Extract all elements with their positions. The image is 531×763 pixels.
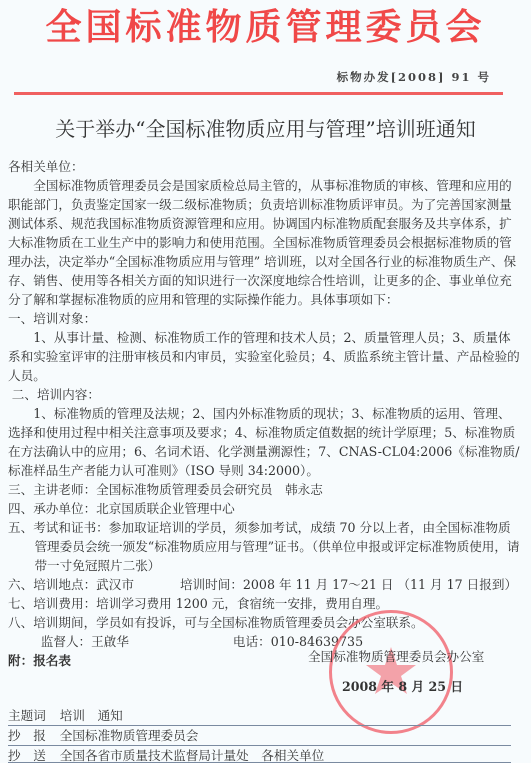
section-2-content: 1、标准物质的管理及法规；2、国内外标准物质的现状；3、标准物质的运用、管理、选…: [8, 404, 520, 480]
copy-to: 全国各省市质量技术监督局计量处 各相关单位: [60, 748, 324, 763]
document-footer: 主题词培训 通知 抄 报全国标准物质管理委员会 抄 送全国各省市质量技术监督局计…: [8, 706, 511, 763]
section-6-location-time: 六、培训地点：武汉市培训时间：2008 年 11 月 17～21 日 （11 月…: [8, 575, 520, 594]
keywords-label: 主题词: [8, 708, 46, 723]
masthead-title: 全国标准物质管理委员会: [0, 6, 531, 50]
report-label: 抄 报: [8, 728, 46, 743]
section-6-time: 培训时间：2008 年 11 月 17～21 日 （11 月 17 日报到）: [180, 577, 517, 592]
keywords: 培训 通知: [60, 708, 123, 723]
intro-paragraph: 全国标准物质管理委员会是国家质检总局主管的，从事标准物质的审核、管理和应用的职能…: [8, 176, 520, 309]
red-divider: [14, 92, 503, 95]
section-4-organizer: 四、承办单位：北京国质联企业管理中心: [8, 499, 520, 518]
signature-organization: 全国标准物质管理委员会办公室: [308, 646, 484, 665]
salutation: 各相关单位：: [8, 157, 520, 176]
section-2-heading: 二、培训内容：: [8, 385, 520, 404]
section-3-lecturer: 三、主讲老师：全国标准物质管理委员会研究员 韩永志: [8, 480, 520, 499]
notice-body: 各相关单位： 全国标准物质管理委员会是国家质检总局主管的，从事标准物质的审核、管…: [8, 157, 520, 670]
section-5-heading: 五、考试和证书：: [8, 520, 109, 535]
keywords-row: 主题词培训 通知: [8, 706, 511, 725]
signature-date: 2008 年 8 月 25 日: [342, 676, 463, 695]
report-row: 抄 报全国标准物质管理委员会: [8, 725, 511, 745]
section-1-heading: 一、培训对象：: [8, 309, 520, 328]
copy-row: 抄 送全国各省市质量技术监督局计量处 各相关单位: [8, 745, 511, 763]
supervisor: 监督人：王啟华: [41, 634, 129, 649]
report-to: 全国标准物质管理委员会: [60, 728, 199, 743]
document-number: 标物办发[2008] 91 号: [337, 69, 491, 85]
section-6-location: 六、培训地点：武汉市: [8, 577, 134, 592]
section-7-fees: 七、培训费用：培训学习费用 1200 元，食宿统一安排，费用自理。: [8, 594, 520, 613]
section-1-content: 1、从事计量、检测、标准物质工作的管理和技术人员；2、质量管理人员；3、质量体系…: [8, 328, 520, 385]
section-5-exam: 五、考试和证书：参加取证培训的学员，须参加考试，成绩 70 分以上者，由全国标准…: [8, 518, 520, 575]
copy-label: 抄 送: [8, 748, 46, 763]
notice-title: 关于举办“全国标准物质应用与管理”培训班通知: [0, 115, 531, 143]
section-8-complaints: 八、培训期间，学员如有投诉，可与全国标准物质管理委员会办公室联系。: [8, 613, 520, 632]
